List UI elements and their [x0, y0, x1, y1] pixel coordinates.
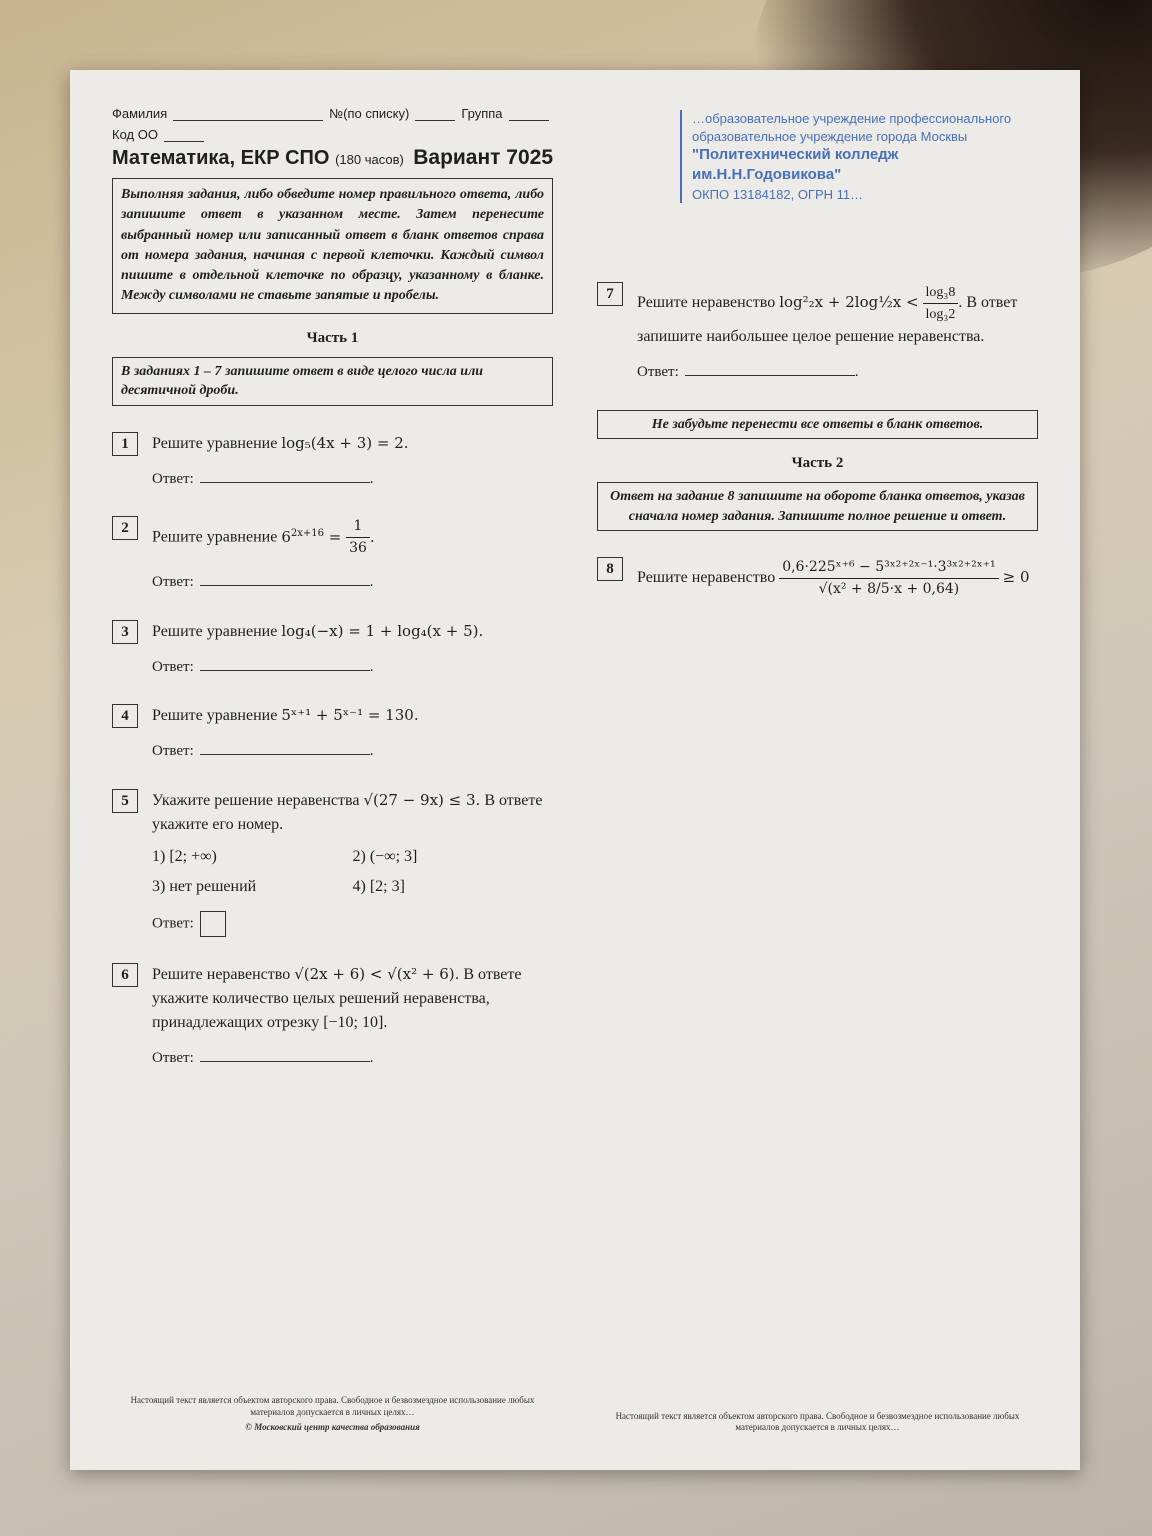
fraction-numerator: log₃8 [923, 282, 959, 304]
answer-field[interactable] [200, 754, 370, 755]
task-text: Решите неравенство [637, 294, 775, 311]
hours-label: (180 часов) [335, 152, 404, 167]
answer-label: Ответ: [152, 915, 194, 931]
right-column: …образовательное учреждение профессионал… [597, 106, 1038, 1434]
task-8: 8 Решите неравенство 0,6·225ˣ⁺⁶ − 5³ˣ²⁺²… [597, 557, 1038, 600]
part1-title: Часть 1 [112, 330, 553, 347]
task-formula: log₅(4x + 3) = 2. [281, 434, 408, 452]
task-formula: √(27 − 9x) ≤ 3. [363, 791, 480, 809]
answer-label: Ответ: [152, 1050, 194, 1066]
fraction-numerator: 0,6·225ˣ⁺⁶ − 5³ˣ²⁺²ˣ⁻¹·3³ˣ²⁺²ˣ⁺¹ [779, 557, 998, 579]
task-4: 4 Решите уравнение 5ˣ⁺¹ + 5ˣ⁻¹ = 130. От… [112, 704, 553, 763]
answer-label: Ответ: [152, 471, 194, 487]
formula-base: 6 [281, 528, 291, 546]
footer-right: Настоящий текст является объектом авторс… [597, 1401, 1038, 1434]
option-4[interactable]: 4) [2; 3] [353, 875, 554, 899]
answer-field[interactable] [200, 670, 370, 671]
fraction: log₃8log₃2 [923, 282, 959, 325]
task-7: 7 Решите неравенство log²₂x + 2log½x < l… [597, 282, 1038, 384]
part2-title: Часть 2 [597, 455, 1038, 472]
variant-label: Вариант 7025 [413, 146, 553, 170]
task-text: Решите уравнение [152, 435, 277, 452]
answer-field[interactable] [200, 585, 370, 586]
code-field[interactable] [164, 128, 204, 142]
answer-field[interactable] [200, 482, 370, 483]
task-3: 3 Решите уравнение log₄(−x) = 1 + log₄(x… [112, 620, 553, 679]
part2-notice: Ответ на задание 8 запишите на обороте б… [597, 482, 1038, 531]
surname-label: Фамилия [112, 106, 167, 121]
answer-label: Ответ: [152, 574, 194, 590]
stamp-codes: ОКПО 13184182, ОГРН 11… [692, 186, 1040, 204]
answer-label: Ответ: [637, 364, 679, 380]
page-title: Математика, ЕКР СПО (180 часов) [112, 147, 404, 170]
stamp-line-1: …образовательное учреждение профессионал… [692, 110, 1040, 128]
task-text: Решите уравнение [152, 707, 277, 724]
institution-stamp: …образовательное учреждение профессионал… [680, 110, 1040, 203]
number-field[interactable] [415, 107, 455, 121]
task-number: 6 [112, 963, 138, 987]
fraction-numerator: 1 [346, 516, 370, 538]
left-column: Фамилия №(по списку) Группа Код ОО Матем… [112, 106, 553, 1434]
task-number: 5 [112, 789, 138, 813]
task-2: 2 Решите уравнение 62x+16 = 136. Ответ:. [112, 516, 553, 594]
fraction-denominator: log₃2 [923, 304, 959, 325]
task-formula: log²₂x + 2log½x < [779, 293, 918, 311]
group-label: Группа [461, 106, 502, 121]
exam-sheet: Фамилия №(по списку) Группа Код ОО Матем… [70, 70, 1080, 1470]
formula-exponent: 2x+16 [291, 528, 324, 539]
part1-notice: В заданиях 1 – 7 запишите ответ в виде ц… [112, 357, 553, 406]
copyright-notice: Настоящий текст является объектом авторс… [597, 1411, 1038, 1434]
stamp-name: "Политехнический колледж им.Н.Н.Годовико… [692, 145, 1040, 186]
task-number: 8 [597, 557, 623, 581]
answer-label: Ответ: [152, 743, 194, 759]
group-field[interactable] [509, 107, 549, 121]
task-text: Укажите решение неравенства [152, 792, 359, 809]
footer-left: Настоящий текст является объектом авторс… [112, 1385, 553, 1434]
fraction: 136 [346, 516, 370, 559]
task-formula: 5ˣ⁺¹ + 5ˣ⁻¹ = 130. [281, 706, 418, 724]
inequality-rhs: ≥ 0 [1003, 568, 1030, 586]
task-text: Решите уравнение [152, 623, 277, 640]
task-5: 5 Укажите решение неравенства √(27 − 9x)… [112, 789, 553, 937]
option-1[interactable]: 1) [2; +∞) [152, 845, 353, 869]
task-6: 6 Решите неравенство √(2x + 6) < √(x² + … [112, 963, 553, 1070]
answer-label: Ответ: [152, 659, 194, 675]
fraction-denominator: 36 [346, 538, 370, 559]
task-number: 1 [112, 432, 138, 456]
task-text: Решите уравнение [152, 529, 277, 546]
answer-field[interactable] [685, 375, 855, 376]
copyright-owner: © Московский центр качества образования [112, 1422, 553, 1434]
task-number: 3 [112, 620, 138, 644]
surname-field[interactable] [173, 107, 323, 121]
task-text: Решите неравенство [152, 966, 290, 983]
options-list: 1) [2; +∞) 2) (−∞; 3] 3) нет решений 4) … [152, 845, 553, 899]
answer-field[interactable] [200, 1061, 370, 1062]
task-number: 2 [112, 516, 138, 540]
number-label: №(по списку) [329, 106, 409, 121]
task-text: Решите неравенство [637, 569, 775, 586]
transfer-notice: Не забудьте перенести все ответы в бланк… [597, 410, 1038, 440]
code-label: Код ОО [112, 127, 158, 142]
answer-box[interactable] [200, 911, 226, 937]
option-2[interactable]: 2) (−∞; 3] [353, 845, 554, 869]
task8-fraction: 0,6·225ˣ⁺⁶ − 5³ˣ²⁺²ˣ⁻¹·3³ˣ²⁺²ˣ⁺¹ √(x² + … [779, 557, 998, 600]
option-3[interactable]: 3) нет решений [152, 875, 353, 899]
instructions-box: Выполняя задания, либо обведите номер пр… [112, 178, 553, 314]
task-number: 7 [597, 282, 623, 306]
title-row: Математика, ЕКР СПО (180 часов) Вариант … [112, 146, 553, 170]
task-number: 4 [112, 704, 138, 728]
fraction-denominator: √(x² + 8/5·x + 0,64) [779, 579, 998, 600]
header-fields: Фамилия №(по списку) Группа Код ОО [112, 106, 553, 142]
task-1: 1 Решите уравнение log₅(4x + 3) = 2. Отв… [112, 432, 553, 491]
copyright-notice: Настоящий текст является объектом авторс… [112, 1395, 553, 1418]
stamp-line-2: образовательное учреждение города Москвы [692, 128, 1040, 146]
task-formula: √(2x + 6) < √(x² + 6). [294, 965, 459, 983]
task-formula: 62x+16 = 136. [281, 528, 374, 546]
task-formula: log₄(−x) = 1 + log₄(x + 5). [281, 622, 483, 640]
subject-title: Математика, ЕКР СПО [112, 147, 330, 169]
